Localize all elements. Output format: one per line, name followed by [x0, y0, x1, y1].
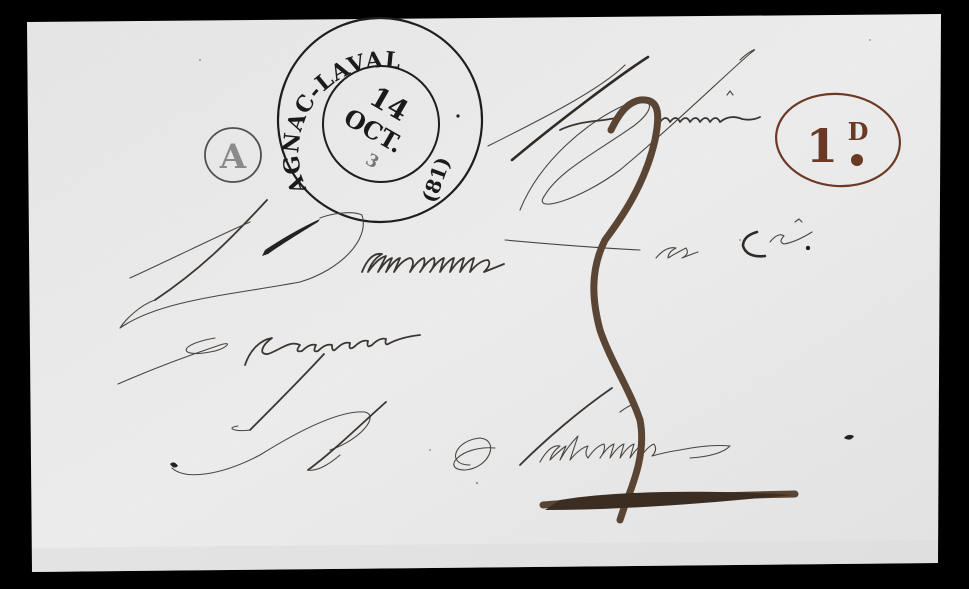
stamp-letter: A — [219, 137, 247, 177]
rate-stamp-dot — [851, 154, 863, 166]
scanned-letter-scene: A AGNAC-LAVAL 14 OCT. 3 (81) 1 D — [0, 0, 969, 589]
rate-stamp-superscript: D — [848, 117, 869, 146]
rate-stamp-value: 1 — [806, 119, 838, 173]
